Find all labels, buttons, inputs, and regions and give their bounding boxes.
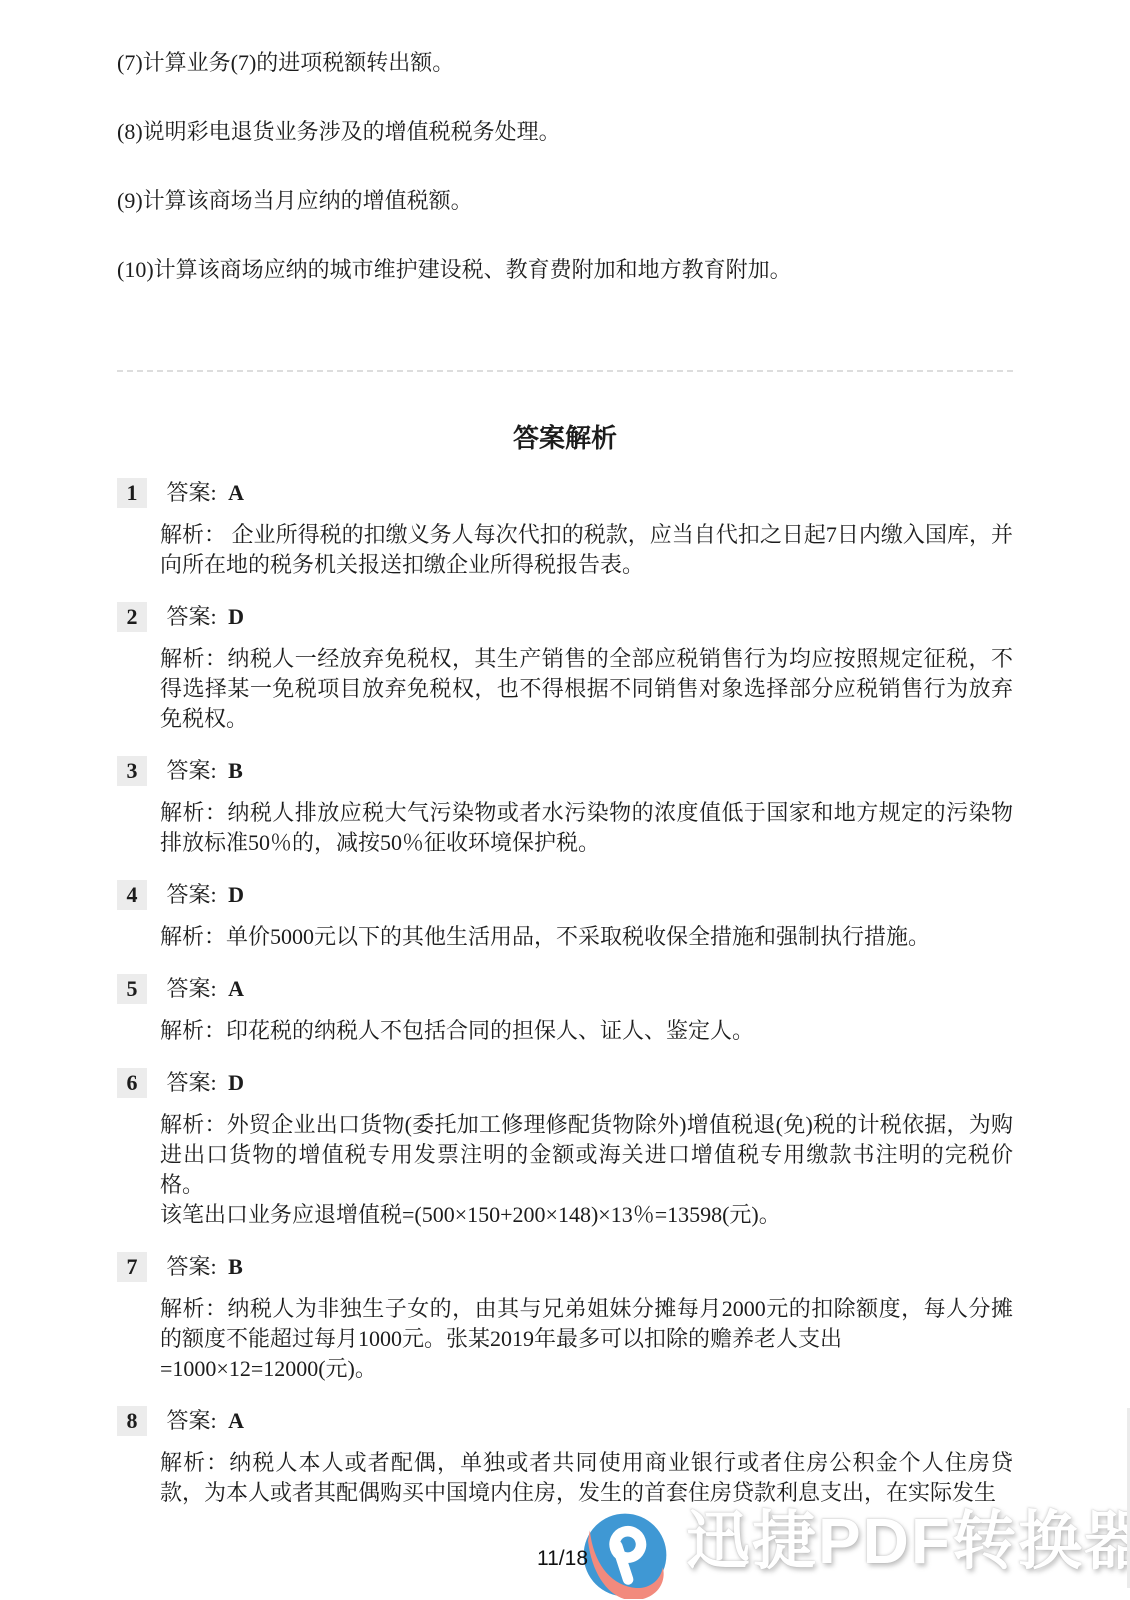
answer-number: 2 bbox=[117, 602, 147, 632]
question-item-7: (7)计算业务(7)的进项税额转出额。 bbox=[117, 48, 1013, 78]
answer-letter: B bbox=[228, 1254, 243, 1279]
analysis-paragraph: 该笔出口业务应退增值税=(500×150+200×148)×13％=13598(… bbox=[160, 1200, 1013, 1230]
question-item-10: (10)计算该商场应纳的城市维护建设税、教育费附加和地方教育附加。 bbox=[117, 255, 1013, 285]
answer-letter: D bbox=[228, 604, 244, 629]
answer-number: 7 bbox=[117, 1252, 147, 1282]
page-number: 11/18 bbox=[537, 1547, 588, 1571]
answer-label: 答案: bbox=[167, 882, 217, 907]
answer-letter: D bbox=[228, 882, 244, 907]
answer-header: 1 答案: A bbox=[117, 478, 1013, 508]
answer-analysis: 解析：印花税的纳税人不包括合同的担保人、证人、鉴定人。 bbox=[160, 1016, 1013, 1046]
answer-item-4: 4 答案: D 解析：单价5000元以下的其他生活用品，不采取税收保全措施和强制… bbox=[117, 880, 1013, 952]
answer-item-5: 5 答案: A 解析：印花税的纳税人不包括合同的担保人、证人、鉴定人。 bbox=[117, 974, 1013, 1046]
answer-analysis: 解析：纳税人本人或者配偶，单独或者共同使用商业银行或者住房公积金个人住房贷款，为… bbox=[160, 1448, 1013, 1508]
answer-item-3: 3 答案: B 解析：纳税人排放应税大气污染物或者水污染物的浓度值低于国家和地方… bbox=[117, 756, 1013, 858]
answer-label: 答案: bbox=[167, 480, 217, 505]
analysis-paragraph: =1000×12=12000(元)。 bbox=[160, 1354, 1013, 1384]
answer-label: 答案: bbox=[167, 1408, 217, 1433]
document-page: (7)计算业务(7)的进项税额转出额。 (8)说明彩电退货业务涉及的增值税税务处… bbox=[0, 0, 1130, 1508]
dashed-divider bbox=[117, 370, 1013, 372]
question-item-8: (8)说明彩电退货业务涉及的增值税税务处理。 bbox=[117, 117, 1013, 147]
answer-letter: D bbox=[228, 1070, 244, 1095]
analysis-paragraph: 解析：印花税的纳税人不包括合同的担保人、证人、鉴定人。 bbox=[160, 1016, 1013, 1046]
section-title: 答案解析 bbox=[117, 422, 1013, 456]
answer-label: 答案: bbox=[167, 1070, 217, 1095]
analysis-paragraph: 解析：纳税人排放应税大气污染物或者水污染物的浓度值低于国家和地方规定的污染物排放… bbox=[160, 798, 1013, 858]
analysis-paragraph: 解析：纳税人为非独生子女的，由其与兄弟姐妹分摊每月2000元的扣除额度，每人分摊… bbox=[160, 1294, 1013, 1354]
answer-item-2: 2 答案: D 解析：纳税人一经放弃免税权，其生产销售的全部应税销售行为均应按照… bbox=[117, 602, 1013, 734]
answer-label: 答案: bbox=[167, 604, 217, 629]
answer-label: 答案: bbox=[167, 976, 217, 1001]
analysis-paragraph: 解析： 企业所得税的扣缴义务人每次代扣的税款，应当自代扣之日起7日内缴入国库，并… bbox=[160, 520, 1013, 580]
analysis-paragraph: 解析：纳税人一经放弃免税权，其生产销售的全部应税销售行为均应按照规定征税，不得选… bbox=[160, 644, 1013, 734]
answer-number: 8 bbox=[117, 1406, 147, 1436]
answer-number: 5 bbox=[117, 974, 147, 1004]
answer-header: 7 答案: B bbox=[117, 1252, 1013, 1282]
analysis-paragraph: 解析：纳税人本人或者配偶，单独或者共同使用商业银行或者住房公积金个人住房贷款，为… bbox=[160, 1448, 1013, 1508]
answer-letter: A bbox=[228, 976, 244, 1001]
answer-item-1: 1 答案: A 解析： 企业所得税的扣缴义务人每次代扣的税款，应当自代扣之日起7… bbox=[117, 478, 1013, 580]
answer-item-8: 8 答案: A 解析：纳税人本人或者配偶，单独或者共同使用商业银行或者住房公积金… bbox=[117, 1406, 1013, 1508]
answer-analysis: 解析：纳税人一经放弃免税权，其生产销售的全部应税销售行为均应按照规定征税，不得选… bbox=[160, 644, 1013, 734]
answer-number: 1 bbox=[117, 478, 147, 508]
answer-analysis: 解析： 企业所得税的扣缴义务人每次代扣的税款，应当自代扣之日起7日内缴入国库，并… bbox=[160, 520, 1013, 580]
answer-header: 4 答案: D bbox=[117, 880, 1013, 910]
answer-header: 2 答案: D bbox=[117, 602, 1013, 632]
answer-label: 答案: bbox=[167, 758, 217, 783]
analysis-paragraph: 解析：单价5000元以下的其他生活用品，不采取税收保全措施和强制执行措施。 bbox=[160, 922, 1013, 952]
question-item-9: (9)计算该商场当月应纳的增值税额。 bbox=[117, 186, 1013, 216]
answer-header: 5 答案: A bbox=[117, 974, 1013, 1004]
pdf-converter-logo-icon bbox=[581, 1511, 669, 1599]
answer-analysis: 解析：纳税人排放应税大气污染物或者水污染物的浓度值低于国家和地方规定的污染物排放… bbox=[160, 798, 1013, 858]
analysis-paragraph: 解析：外贸企业出口货物(委托加工修理修配货物除外)增值税退(免)税的计税依据，为… bbox=[160, 1110, 1013, 1200]
answer-analysis: 解析：纳税人为非独生子女的，由其与兄弟姐妹分摊每月2000元的扣除额度，每人分摊… bbox=[160, 1294, 1013, 1384]
answer-letter: A bbox=[228, 480, 244, 505]
answer-label: 答案: bbox=[167, 1254, 217, 1279]
answer-analysis: 解析：单价5000元以下的其他生活用品，不采取税收保全措施和强制执行措施。 bbox=[160, 922, 1013, 952]
answer-letter: B bbox=[228, 758, 243, 783]
answer-number: 6 bbox=[117, 1068, 147, 1098]
answer-number: 4 bbox=[117, 880, 147, 910]
answer-header: 3 答案: B bbox=[117, 756, 1013, 786]
answer-header: 8 答案: A bbox=[117, 1406, 1013, 1436]
answer-item-6: 6 答案: D 解析：外贸企业出口货物(委托加工修理修配货物除外)增值税退(免)… bbox=[117, 1068, 1013, 1230]
answer-analysis: 解析：外贸企业出口货物(委托加工修理修配货物除外)增值税退(免)税的计税依据，为… bbox=[160, 1110, 1013, 1230]
answer-header: 6 答案: D bbox=[117, 1068, 1013, 1098]
answer-number: 3 bbox=[117, 756, 147, 786]
answer-letter: A bbox=[228, 1408, 244, 1433]
answer-item-7: 7 答案: B 解析：纳税人为非独生子女的，由其与兄弟姐妹分摊每月2000元的扣… bbox=[117, 1252, 1013, 1384]
